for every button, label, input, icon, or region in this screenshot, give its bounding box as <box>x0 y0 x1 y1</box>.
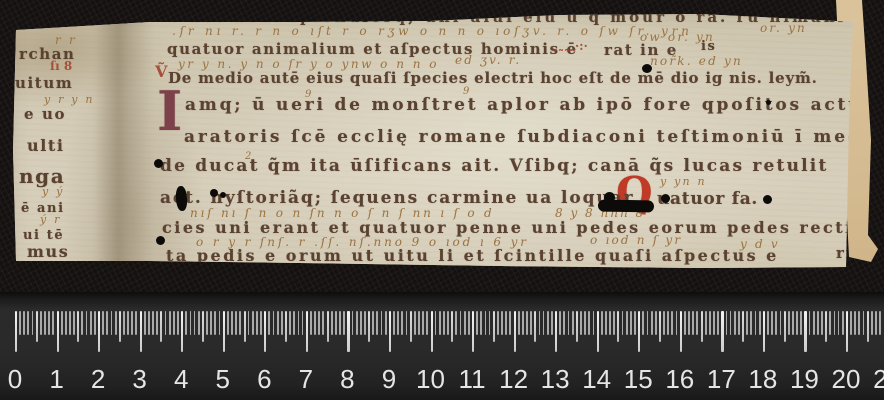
ruler-tick <box>27 311 29 335</box>
ruler-tick <box>198 311 200 335</box>
ruler-number: 0 <box>8 364 22 395</box>
ruler-tick <box>871 311 873 335</box>
ruler-number: 14 <box>582 364 611 395</box>
ruler-tick <box>651 311 653 335</box>
ruler-tick <box>127 311 129 335</box>
ruler-tick <box>489 311 491 335</box>
ruler-tick <box>52 311 54 335</box>
ruler-tick <box>422 311 424 335</box>
ruler-tick <box>813 311 815 335</box>
ruler-tick <box>281 311 283 335</box>
ruler-number: 13 <box>541 364 570 395</box>
ruler-tick <box>605 311 607 335</box>
ruler-tick <box>460 311 462 335</box>
ruler-tick <box>335 311 337 335</box>
ruler-number: 6 <box>257 364 271 395</box>
ruler-tick <box>551 311 553 335</box>
ruler-tick <box>817 311 819 335</box>
ruler-tick <box>40 311 42 335</box>
ruler-tick <box>202 311 204 342</box>
ruler-tick <box>501 311 503 335</box>
hole <box>661 194 670 203</box>
ruler-tick <box>584 311 586 335</box>
ruler-tick <box>771 311 773 335</box>
ruler-number: 3 <box>132 364 146 395</box>
ruler-tick <box>750 311 752 335</box>
ruler-tick <box>572 311 574 335</box>
ruler-tick <box>472 311 474 352</box>
ruler-tick <box>518 311 520 335</box>
ruler-tick <box>410 311 412 342</box>
ruler-tick <box>622 311 624 335</box>
ruler-tick <box>44 311 46 335</box>
ruler-tick <box>443 311 445 335</box>
ruler-tick <box>721 311 723 352</box>
ruler-tick <box>401 311 403 335</box>
hole <box>642 64 652 73</box>
photograph: I Q t uot ueni ſplendiorq; uni uiui eiu … <box>0 0 884 400</box>
ruler-tick <box>156 311 158 335</box>
ruler-tick <box>563 311 565 335</box>
ruler-tick <box>671 311 673 335</box>
ruler-tick <box>235 311 237 335</box>
ruler-tick <box>509 311 511 335</box>
ruler: 0123456789101112131415161718192021 <box>0 292 884 400</box>
hole <box>763 195 772 204</box>
ruler-tick <box>302 311 304 335</box>
ruler-tick <box>397 311 399 335</box>
ruler-tick <box>123 311 125 335</box>
ruler-tick <box>447 311 449 335</box>
ruler-tick <box>414 311 416 335</box>
ruler-tick <box>439 311 441 335</box>
ruler-tick <box>385 311 387 335</box>
ruler-tick <box>775 311 777 335</box>
ruler-tick <box>642 311 644 335</box>
ruler-tick <box>580 311 582 335</box>
ruler-tick <box>559 311 561 335</box>
ruler-tick <box>879 311 881 335</box>
ruler-tick <box>331 311 333 335</box>
ruler-number: 7 <box>299 364 313 395</box>
ruler-tick <box>268 311 270 335</box>
ruler-tick <box>252 311 254 335</box>
ruler-tick <box>244 311 246 342</box>
ruler-tick <box>219 311 221 335</box>
ruler-tick <box>543 311 545 335</box>
ruler-tick <box>763 311 765 352</box>
ruler-tick <box>231 311 233 335</box>
ruler-tick <box>617 311 619 342</box>
ruler-tick <box>406 311 408 335</box>
ruler-tick <box>667 311 669 335</box>
ruler-tick <box>505 311 507 335</box>
ruler-tick <box>98 311 100 352</box>
ruler-tick <box>480 311 482 335</box>
ruler-tick <box>381 311 383 335</box>
ruler-number: 1 <box>49 364 63 395</box>
ruler-tick <box>522 311 524 335</box>
ruler-tick <box>451 311 453 342</box>
ruler-number: 10 <box>416 364 445 395</box>
ruler-tick <box>588 311 590 335</box>
ruler-tick <box>530 311 532 335</box>
ruler-tick <box>194 311 196 335</box>
ruler-tick <box>555 311 557 352</box>
ruler-tick <box>576 311 578 342</box>
ruler-tick <box>485 311 487 335</box>
ruler-tick <box>659 311 661 342</box>
ruler-tick <box>131 311 133 335</box>
ruler-tick <box>148 311 150 335</box>
ruler-tick <box>339 311 341 335</box>
ruler-tick <box>809 311 811 335</box>
ruler-tick <box>160 311 162 342</box>
hole <box>766 100 771 105</box>
ruler-tick <box>867 311 869 342</box>
ruler-tick <box>352 311 354 335</box>
ruler-tick <box>539 311 541 335</box>
ruler-number: 16 <box>665 364 694 395</box>
ruler-tick <box>418 311 420 335</box>
ruler-tick <box>376 311 378 335</box>
hole <box>220 192 226 198</box>
ruler-tick <box>285 311 287 342</box>
ruler-tick <box>684 311 686 335</box>
ruler-tick <box>680 311 682 352</box>
ruler-tick <box>730 311 732 335</box>
ruler-tick <box>181 311 183 352</box>
ruler-tick <box>842 311 844 335</box>
ruler-tick <box>742 311 744 342</box>
ruler-tick <box>601 311 603 335</box>
ruler-tick <box>713 311 715 335</box>
ruler-tick <box>256 311 258 335</box>
ruler-number: 17 <box>707 364 736 395</box>
ruler-tick <box>784 311 786 342</box>
ruler-tick <box>310 311 312 335</box>
ruler-tick <box>788 311 790 335</box>
ruler-tick <box>854 311 856 335</box>
ruler-tick <box>431 311 433 352</box>
ruler-tick <box>634 311 636 335</box>
hole <box>598 200 654 213</box>
ruler-tick <box>111 311 113 335</box>
ruler-number: 19 <box>790 364 819 395</box>
ruler-tick <box>206 311 208 335</box>
ruler-tick <box>696 311 698 335</box>
ruler-number: 18 <box>748 364 777 395</box>
ruler-tick <box>94 311 96 335</box>
ruler-tick <box>705 311 707 335</box>
ruler-tick <box>57 311 59 352</box>
ruler-number: 20 <box>832 364 861 395</box>
ruler-tick <box>476 311 478 335</box>
ruler-tick <box>90 311 92 335</box>
ruler-tick <box>190 311 192 335</box>
ruler-tick <box>115 311 117 335</box>
ruler-tick <box>800 311 802 335</box>
ruler-tick <box>630 311 632 335</box>
ruler-tick <box>214 311 216 335</box>
ruler-tick <box>135 311 137 335</box>
ruler-tick <box>86 311 88 335</box>
ruler-tick <box>655 311 657 335</box>
ruler-tick <box>327 311 329 342</box>
ruler-tick <box>393 311 395 335</box>
ruler-tick <box>23 311 25 335</box>
ruler-tick <box>796 311 798 335</box>
ruler-number: 2 <box>91 364 105 395</box>
ruler-tick <box>858 311 860 335</box>
ruler-tick <box>389 311 391 352</box>
ruler-tick <box>526 311 528 335</box>
ruler-tick <box>759 311 761 335</box>
ruler-number: 4 <box>174 364 188 395</box>
ruler-tick <box>65 311 67 335</box>
ruler-tick <box>435 311 437 335</box>
ruler-tick <box>144 311 146 335</box>
ruler-tick <box>804 311 806 352</box>
hole <box>210 189 218 197</box>
ruler-tick <box>726 311 728 335</box>
ruler-tick <box>185 311 187 335</box>
ruler-tick <box>298 311 300 335</box>
ruler-tick <box>32 311 34 335</box>
ruler-tick <box>821 311 823 335</box>
ruler-tick <box>626 311 628 335</box>
ruler-tick <box>455 311 457 335</box>
ruler-tick <box>692 311 694 335</box>
ruler-tick <box>364 311 366 335</box>
ruler-tick <box>356 311 358 335</box>
ruler-tick <box>701 311 703 342</box>
ruler-tick <box>497 311 499 335</box>
ruler-tick <box>360 311 362 335</box>
ruler-number: 21 <box>873 364 884 395</box>
ruler-tick <box>69 311 71 335</box>
ruler-tick <box>717 311 719 335</box>
ruler-tick <box>227 311 229 335</box>
ruler-tick <box>780 311 782 335</box>
ruler-tick <box>834 311 836 335</box>
ruler-tick <box>106 311 108 335</box>
ruler-tick <box>15 311 17 352</box>
ruler-number: 5 <box>216 364 230 395</box>
ruler-tick <box>825 311 827 342</box>
ruler-tick <box>829 311 831 335</box>
ruler-tick <box>223 311 225 352</box>
ruler-tick <box>568 311 570 335</box>
ruler-tick <box>140 311 142 352</box>
ruler-tick <box>119 311 121 342</box>
ruler-tick <box>863 311 865 335</box>
ruler-tick <box>289 311 291 335</box>
ruler-tick <box>177 311 179 335</box>
ruler-tick <box>173 311 175 335</box>
ruler-number: 12 <box>499 364 528 395</box>
ruler-tick <box>264 311 266 352</box>
ruler-tick <box>48 311 50 335</box>
ruler-tick <box>663 311 665 335</box>
ruler-tick <box>609 311 611 335</box>
ruler-tick <box>638 311 640 352</box>
ruler-tick <box>239 311 241 335</box>
ruler-number: 9 <box>382 364 396 395</box>
ruler-tick <box>493 311 495 342</box>
ruler-tick <box>734 311 736 335</box>
ruler-tick <box>77 311 79 342</box>
ruler-tick <box>314 311 316 335</box>
ruler-tick <box>613 311 615 335</box>
ruler-tick <box>210 311 212 335</box>
ruler-tick <box>514 311 516 352</box>
ruler-tick <box>81 311 83 335</box>
ruler-tick <box>73 311 75 335</box>
ruler-tick <box>597 311 599 352</box>
ruler-tick <box>838 311 840 335</box>
ruler-tick <box>850 311 852 335</box>
ruler-tick <box>547 311 549 335</box>
ruler-tick <box>709 311 711 335</box>
ruler-tick <box>61 311 63 335</box>
ruler-tick <box>260 311 262 335</box>
ruler-tick <box>846 311 848 352</box>
ruler-tick <box>368 311 370 342</box>
ruler-number: 8 <box>340 364 354 395</box>
ruler-tick <box>169 311 171 335</box>
ruler-number: 11 <box>459 364 486 395</box>
ruler-tick <box>165 311 167 335</box>
ruler-tick <box>738 311 740 335</box>
ruler-tick <box>792 311 794 335</box>
ruler-number: 15 <box>624 364 653 395</box>
ruler-tick <box>273 311 275 335</box>
ruler-tick <box>464 311 466 335</box>
ruler-tick <box>36 311 38 342</box>
ruler-tick <box>318 311 320 335</box>
ruler-tick <box>875 311 877 335</box>
ruler-tick <box>19 311 21 335</box>
hole <box>175 186 188 212</box>
ruler-tick <box>372 311 374 335</box>
ruler-tick <box>676 311 678 335</box>
hole <box>154 159 163 168</box>
ruler-tick <box>343 311 345 335</box>
ruler-tick <box>347 311 349 352</box>
ruler-tick <box>688 311 690 335</box>
ruler-tick <box>306 311 308 352</box>
ruler-tick <box>746 311 748 335</box>
ruler-tick <box>534 311 536 342</box>
ruler-tick <box>293 311 295 335</box>
ruler-tick <box>277 311 279 335</box>
ruler-tick <box>755 311 757 335</box>
ruler-tick <box>248 311 250 335</box>
hole <box>156 236 165 245</box>
ruler-tick <box>593 311 595 335</box>
ruler-tick <box>767 311 769 335</box>
ruler-tick <box>426 311 428 335</box>
ruler-tick <box>152 311 154 335</box>
ruler-tick <box>647 311 649 335</box>
ruler-tick <box>468 311 470 335</box>
ruler-tick <box>102 311 104 335</box>
ruler-tick <box>322 311 324 335</box>
